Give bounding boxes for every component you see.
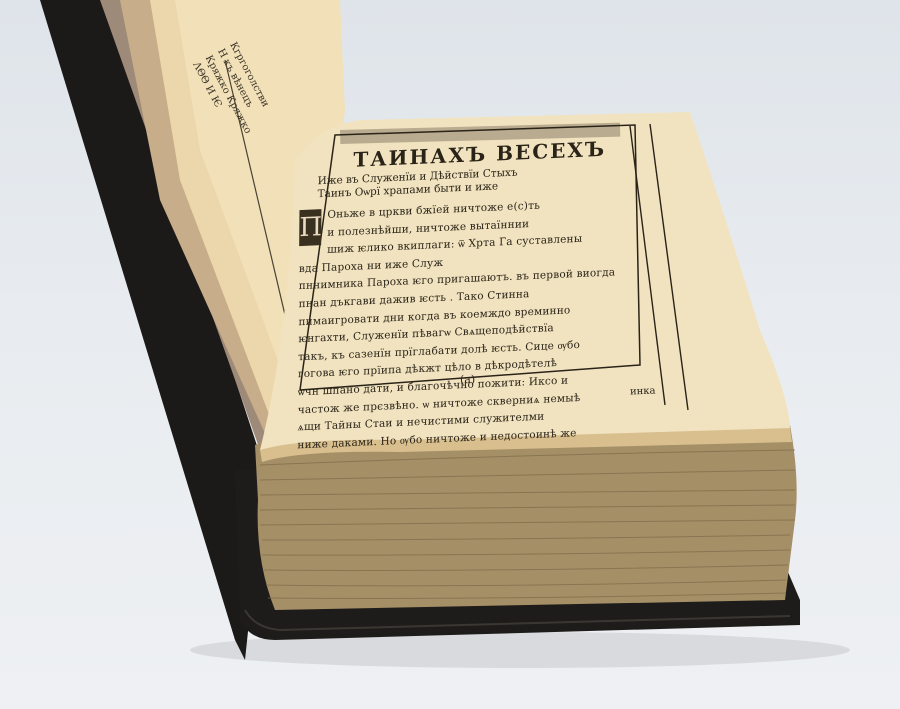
catchword: инка bbox=[630, 386, 656, 398]
page-folio: (а) bbox=[460, 373, 476, 387]
book-photo: Кгргоголстви Н къ вѣнецъ Кряжко Кряжко Λ… bbox=[0, 0, 900, 709]
drop-capital: П bbox=[299, 209, 321, 246]
right-page-text: ТАИНАХЪ ВЕСЕХЪ Иже въ Служенїи и Дѣйствї… bbox=[297, 135, 649, 455]
